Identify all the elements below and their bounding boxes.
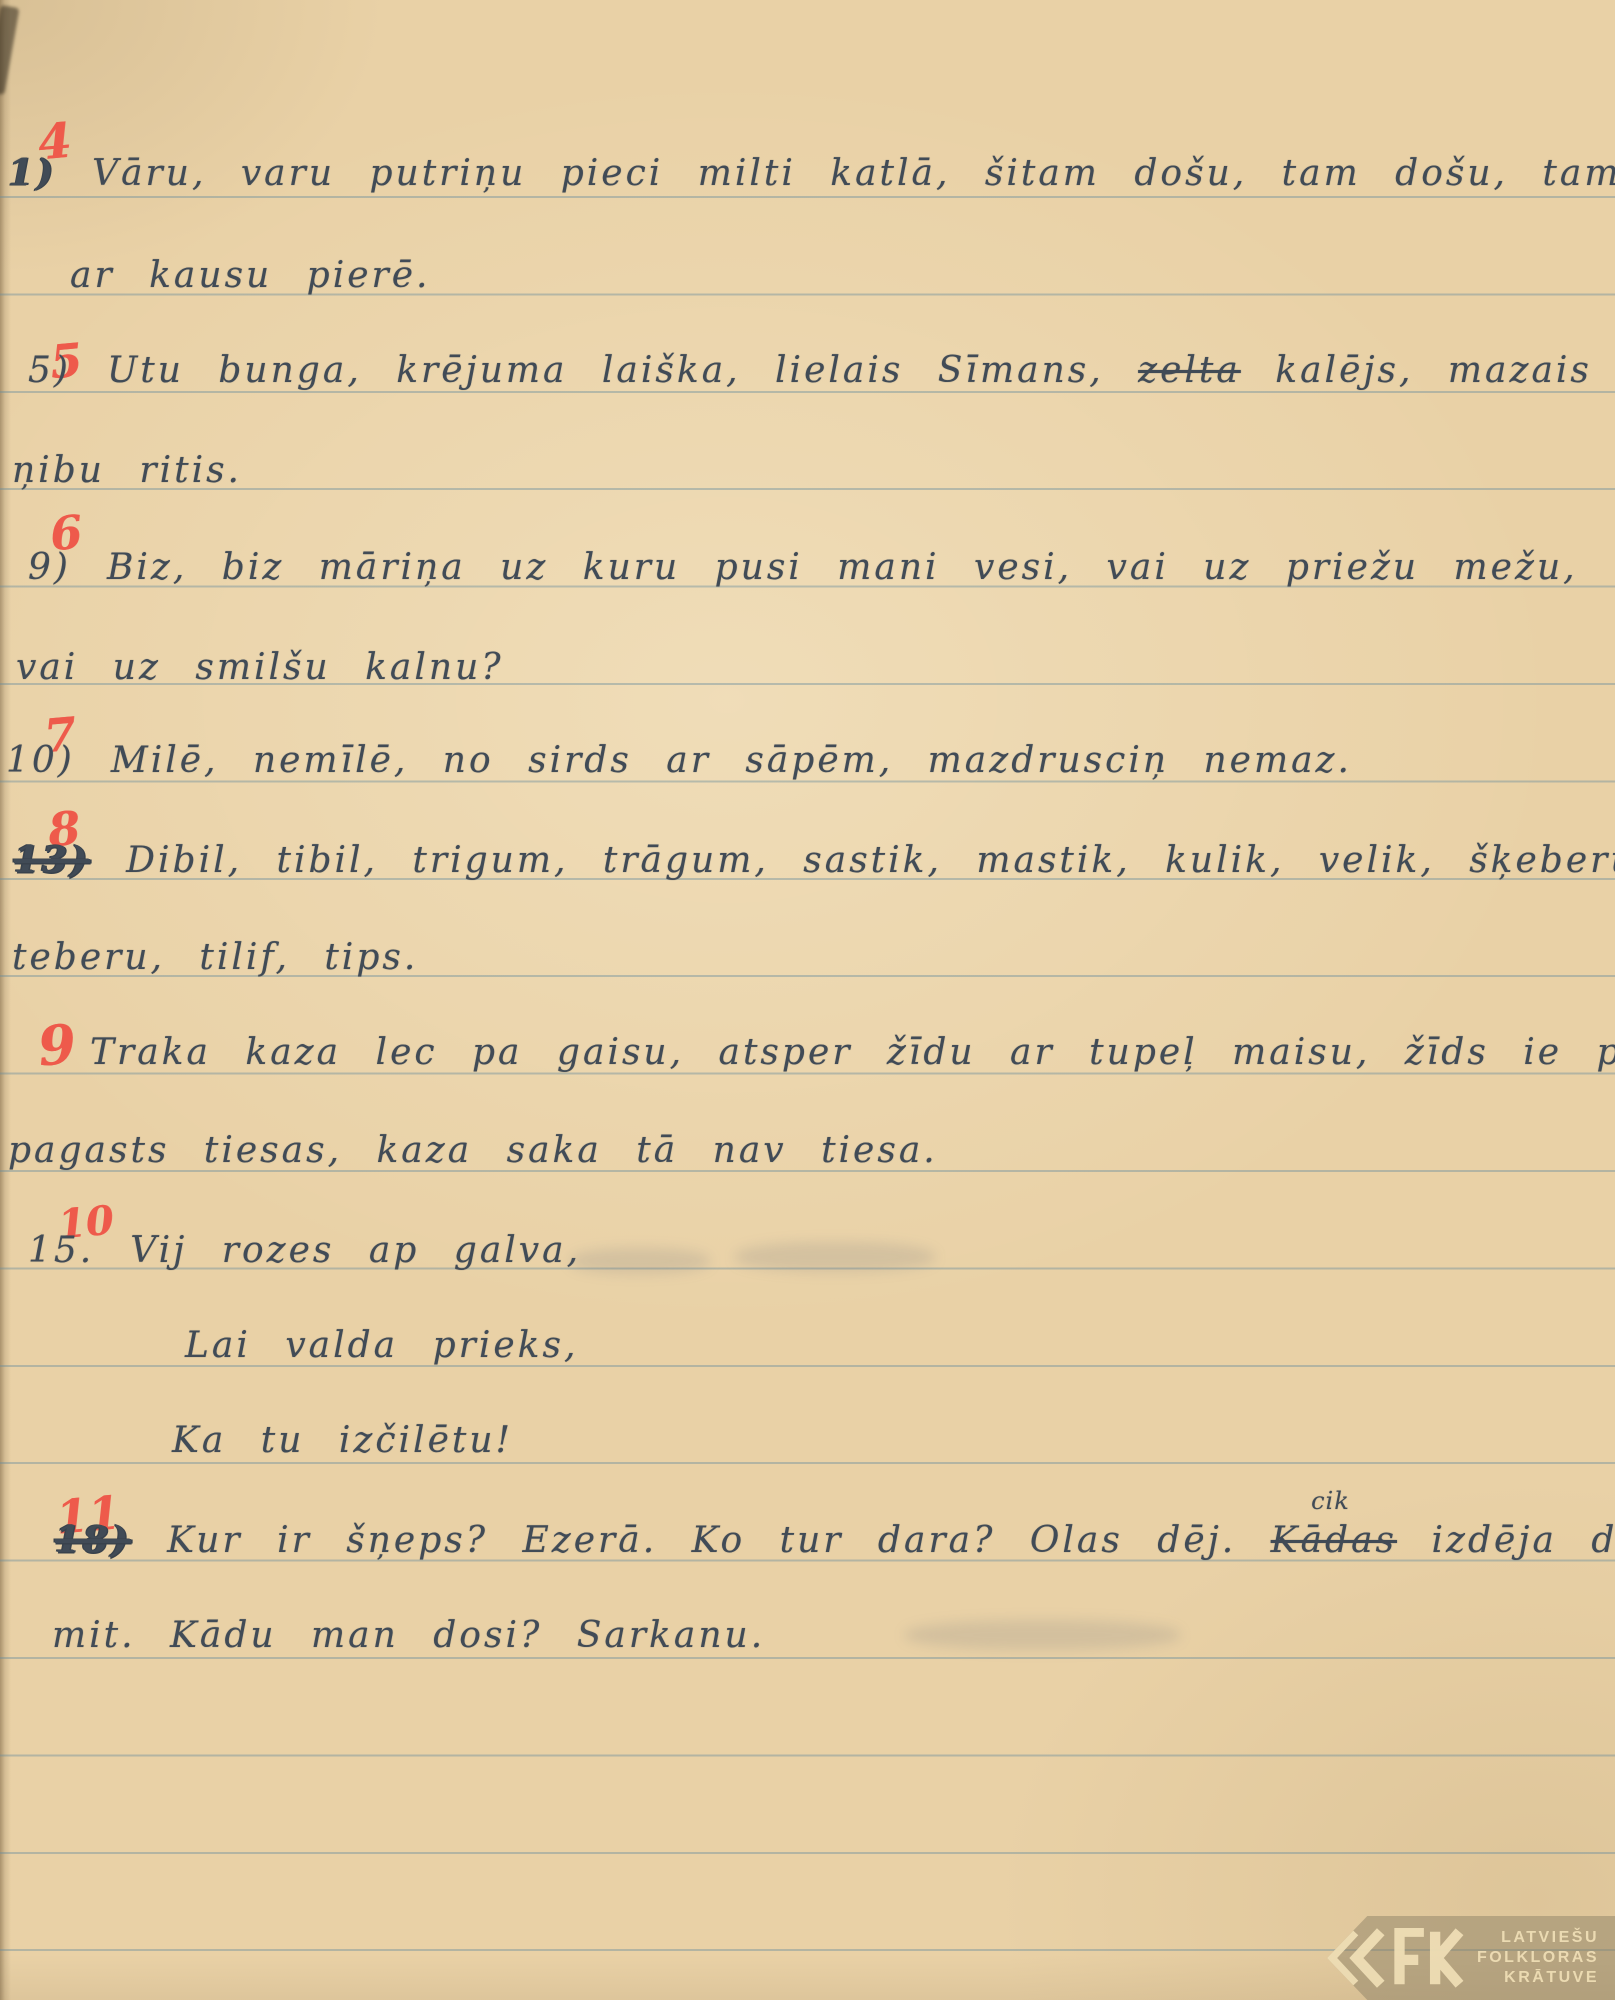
line-text: Traka kaza lec pa gaisu, atsper žīdu ar …	[90, 1032, 1615, 1073]
item-number-ink-crossed: 13)	[14, 839, 90, 881]
line-text: ar kausu pierē.	[70, 255, 431, 296]
erased-text-smudge	[905, 1620, 1180, 1650]
watermark-text-line: LATVIEŠU	[1477, 1928, 1599, 1948]
archive-watermark: LATVIEŠU FOLKLORAS KRĀTUVE	[1327, 1916, 1615, 2000]
manuscript-line: ar kausu pierē.	[70, 254, 431, 297]
manuscript-line: mit. Kādu man dosi? Sarkanu.	[52, 1614, 765, 1657]
manuscript-line: Ka tu izčilētu!	[172, 1419, 513, 1462]
manuscript-line: 10)Milē, nemīlē, no sirds ar sāpēm, mazd…	[6, 739, 1352, 782]
line-text: kalējs, mazais	[1241, 350, 1592, 391]
watermark-text-line: KRĀTUVE	[1477, 1968, 1599, 1988]
line-text: izdēja des-	[1397, 1520, 1615, 1561]
item-number-ink: 10)	[6, 740, 75, 781]
ruled-lines	[0, 196, 1615, 1958]
manuscript-line: 1)Vāru, varu putriņu pieci milti katlā, …	[8, 152, 1615, 195]
inserted-word: cik	[1311, 1487, 1350, 1516]
item-number-red: 9	[36, 1016, 78, 1073]
erased-text-smudge	[570, 1248, 710, 1274]
manuscript-line: Traka kaza lec pa gaisu, atsper žīdu ar …	[90, 1031, 1615, 1074]
manuscript-line: ņibu ritis.	[12, 449, 242, 492]
line-text: mit. Kādu man dosi? Sarkanu.	[52, 1615, 765, 1656]
item-number-ink: 15.	[28, 1230, 94, 1271]
line-text: Dibil, tibil, trigum, trāgum, sastik, ma…	[126, 840, 1615, 881]
item-number-ink: 9)	[28, 547, 71, 588]
item-number-ink: 1)	[8, 152, 56, 194]
erased-text-smudge	[735, 1242, 935, 1272]
line-text: Biz, biz māriņa uz kuru pusi mani vesi, …	[107, 547, 1578, 588]
line-text: vai uz smilšu kalnu?	[16, 647, 504, 688]
strikethrough-word: zelta	[1138, 350, 1241, 391]
manuscript-line: teberu, tilif, tips.	[12, 936, 418, 979]
item-number-ink: 5)	[28, 350, 71, 391]
line-text: Ka tu izčilētu!	[172, 1420, 513, 1461]
scan-corner-mark	[0, 5, 19, 95]
line-text: Vāru, varu putriņu pieci milti katlā, ši…	[92, 153, 1615, 194]
manuscript-line: 9)Biz, biz māriņa uz kuru pusi mani vesi…	[28, 546, 1578, 589]
watermark-text: LATVIEŠU FOLKLORAS KRĀTUVE	[1477, 1928, 1599, 1988]
strikethrough-word: Kādas	[1271, 1520, 1397, 1561]
line-text: pagasts tiesas, kaza saka tā nav tiesa.	[8, 1130, 938, 1171]
line-text: Milē, nemīlē, no sirds ar sāpēm, mazdrus…	[111, 740, 1352, 781]
line-text: Vij rozes ap galva,	[130, 1230, 581, 1271]
item-number-ink-crossed: 18)	[55, 1519, 131, 1561]
manuscript-line: 5)Utu bunga, krējuma laiška, lielais Sīm…	[28, 349, 1592, 392]
line-text: Kur ir šņeps? Ezerā. Ko tur dara? Olas d…	[167, 1520, 1271, 1561]
manuscript-line: Lai valda prieks,	[185, 1324, 578, 1367]
manuscript-line: vai uz smilšu kalnu?	[16, 646, 504, 689]
manuscript-page: 4 5 6 7 8 9 10 11 1)Vāru, varu putriņu p…	[0, 0, 1615, 2000]
manuscript-line: 18)Kur ir šņeps? Ezerā. Ko tur dara? Ola…	[55, 1519, 1615, 1562]
line-text: ņibu ritis.	[12, 450, 242, 491]
line-text: teberu, tilif, tips.	[12, 937, 418, 978]
manuscript-line: pagasts tiesas, kaza saka tā nav tiesa.	[8, 1129, 938, 1172]
manuscript-line: 13)Dibil, tibil, trigum, trāgum, sastik,…	[14, 839, 1615, 882]
line-text: Lai valda prieks,	[185, 1325, 578, 1366]
manuscript-line: 15.Vij rozes ap galva,	[28, 1229, 581, 1272]
watermark-text-line: FOLKLORAS	[1477, 1948, 1599, 1968]
line-text: Utu bunga, krējuma laiška, lielais Sīman…	[107, 350, 1138, 391]
